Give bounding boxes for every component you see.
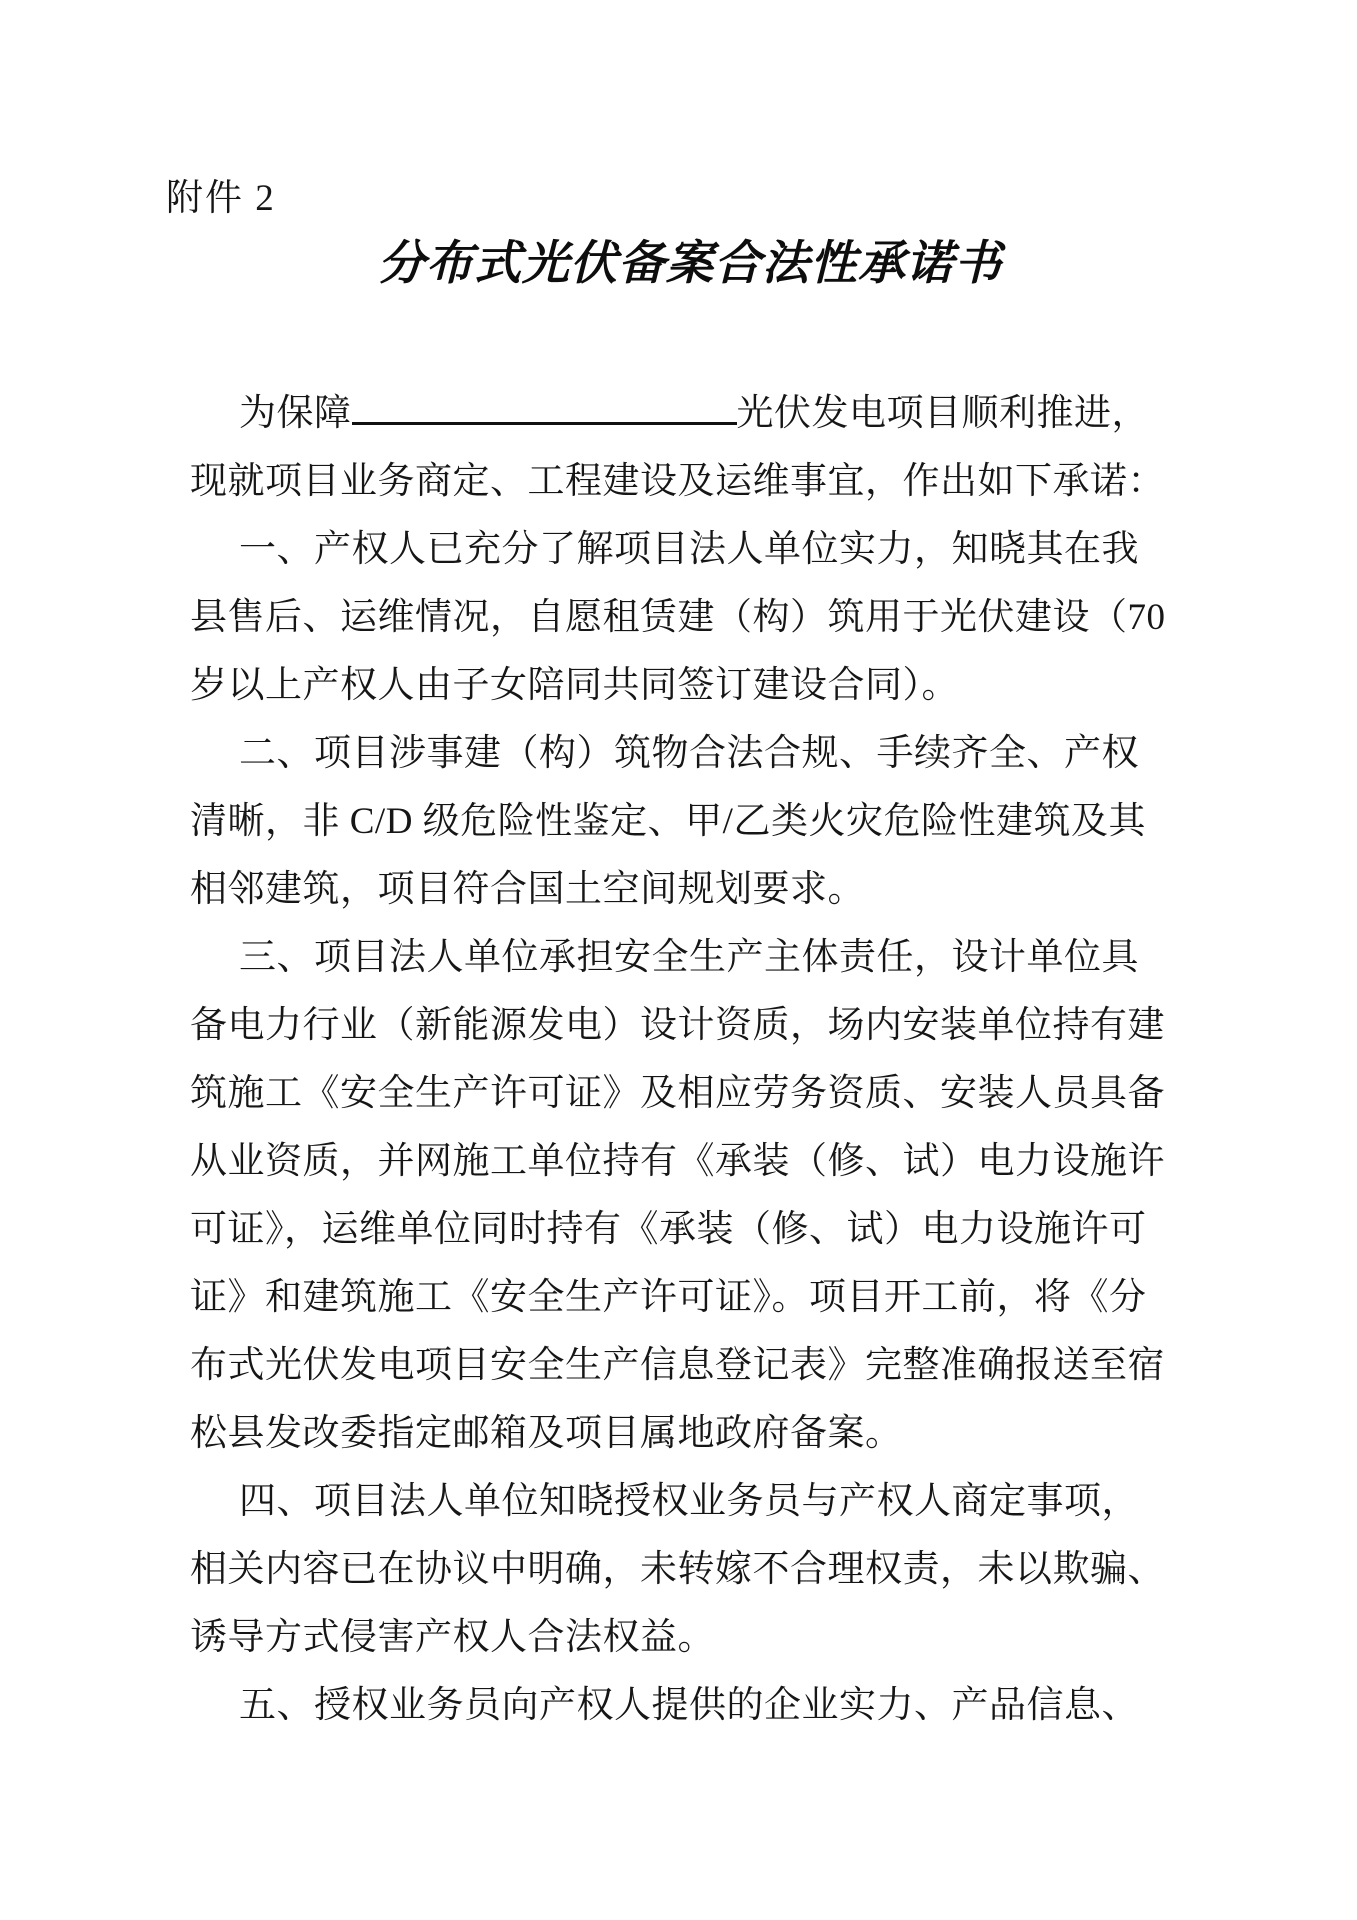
document-body: 为保障光伏发电项目顺利推进，现就项目业务商定、工程建设及运维事宜，作出如下承诺：… bbox=[190, 380, 1200, 1740]
body-line: 岁以上产权人由子女陪同共同签订建设合同）。 bbox=[190, 652, 1200, 720]
fill-in-blank-underline bbox=[352, 414, 737, 425]
body-text-segment: 光伏发电项目顺利推进， bbox=[737, 393, 1150, 434]
body-line: 筑施工《安全生产许可证》及相应劳务资质、安装人员具备 bbox=[190, 1060, 1200, 1128]
body-line: 为保障光伏发电项目顺利推进， bbox=[190, 380, 1200, 448]
body-line: 证》和建筑施工《安全生产许可证》。项目开工前，将《分 bbox=[190, 1264, 1200, 1332]
body-line: 相邻建筑，项目符合国土空间规划要求。 bbox=[190, 856, 1200, 924]
document-title: 分布式光伏备案合法性承诺书 bbox=[190, 236, 1190, 292]
body-line: 一、产权人已充分了解项目法人单位实力，知晓其在我 bbox=[190, 516, 1200, 584]
body-line: 三、项目法人单位承担安全生产主体责任，设计单位具 bbox=[190, 924, 1200, 992]
body-line: 五、授权业务员向产权人提供的企业实力、产品信息、 bbox=[190, 1672, 1200, 1740]
body-line: 可证》，运维单位同时持有《承装（修、试）电力设施许可 bbox=[190, 1196, 1200, 1264]
body-line: 二、项目涉事建（构）筑物合法合规、手续齐全、产权 bbox=[190, 720, 1200, 788]
body-line: 诱导方式侵害产权人合法权益。 bbox=[190, 1604, 1200, 1672]
body-line: 现就项目业务商定、工程建设及运维事宜，作出如下承诺： bbox=[190, 448, 1200, 516]
body-line: 县售后、运维情况，自愿租赁建（构）筑用于光伏建设（70 bbox=[190, 584, 1200, 652]
body-line: 四、项目法人单位知晓授权业务员与产权人商定事项， bbox=[190, 1468, 1200, 1536]
body-line: 清晰，非 C/D 级危险性鉴定、甲/乙类火灾危险性建筑及其 bbox=[190, 788, 1200, 856]
body-line: 从业资质，并网施工单位持有《承装（修、试）电力设施许 bbox=[190, 1128, 1200, 1196]
body-line: 相关内容已在协议中明确，未转嫁不合理权责，未以欺骗、 bbox=[190, 1536, 1200, 1604]
body-line: 布式光伏发电项目安全生产信息登记表》完整准确报送至宿 bbox=[190, 1332, 1200, 1400]
document-page: 附件 2 分布式光伏备案合法性承诺书 为保障光伏发电项目顺利推进，现就项目业务商… bbox=[0, 0, 1357, 1920]
attachment-label: 附件 2 bbox=[166, 178, 276, 220]
body-line: 松县发改委指定邮箱及项目属地政府备案。 bbox=[190, 1400, 1200, 1468]
body-line: 备电力行业（新能源发电）设计资质，场内安装单位持有建 bbox=[190, 992, 1200, 1060]
body-text-segment: 为保障 bbox=[239, 393, 352, 434]
